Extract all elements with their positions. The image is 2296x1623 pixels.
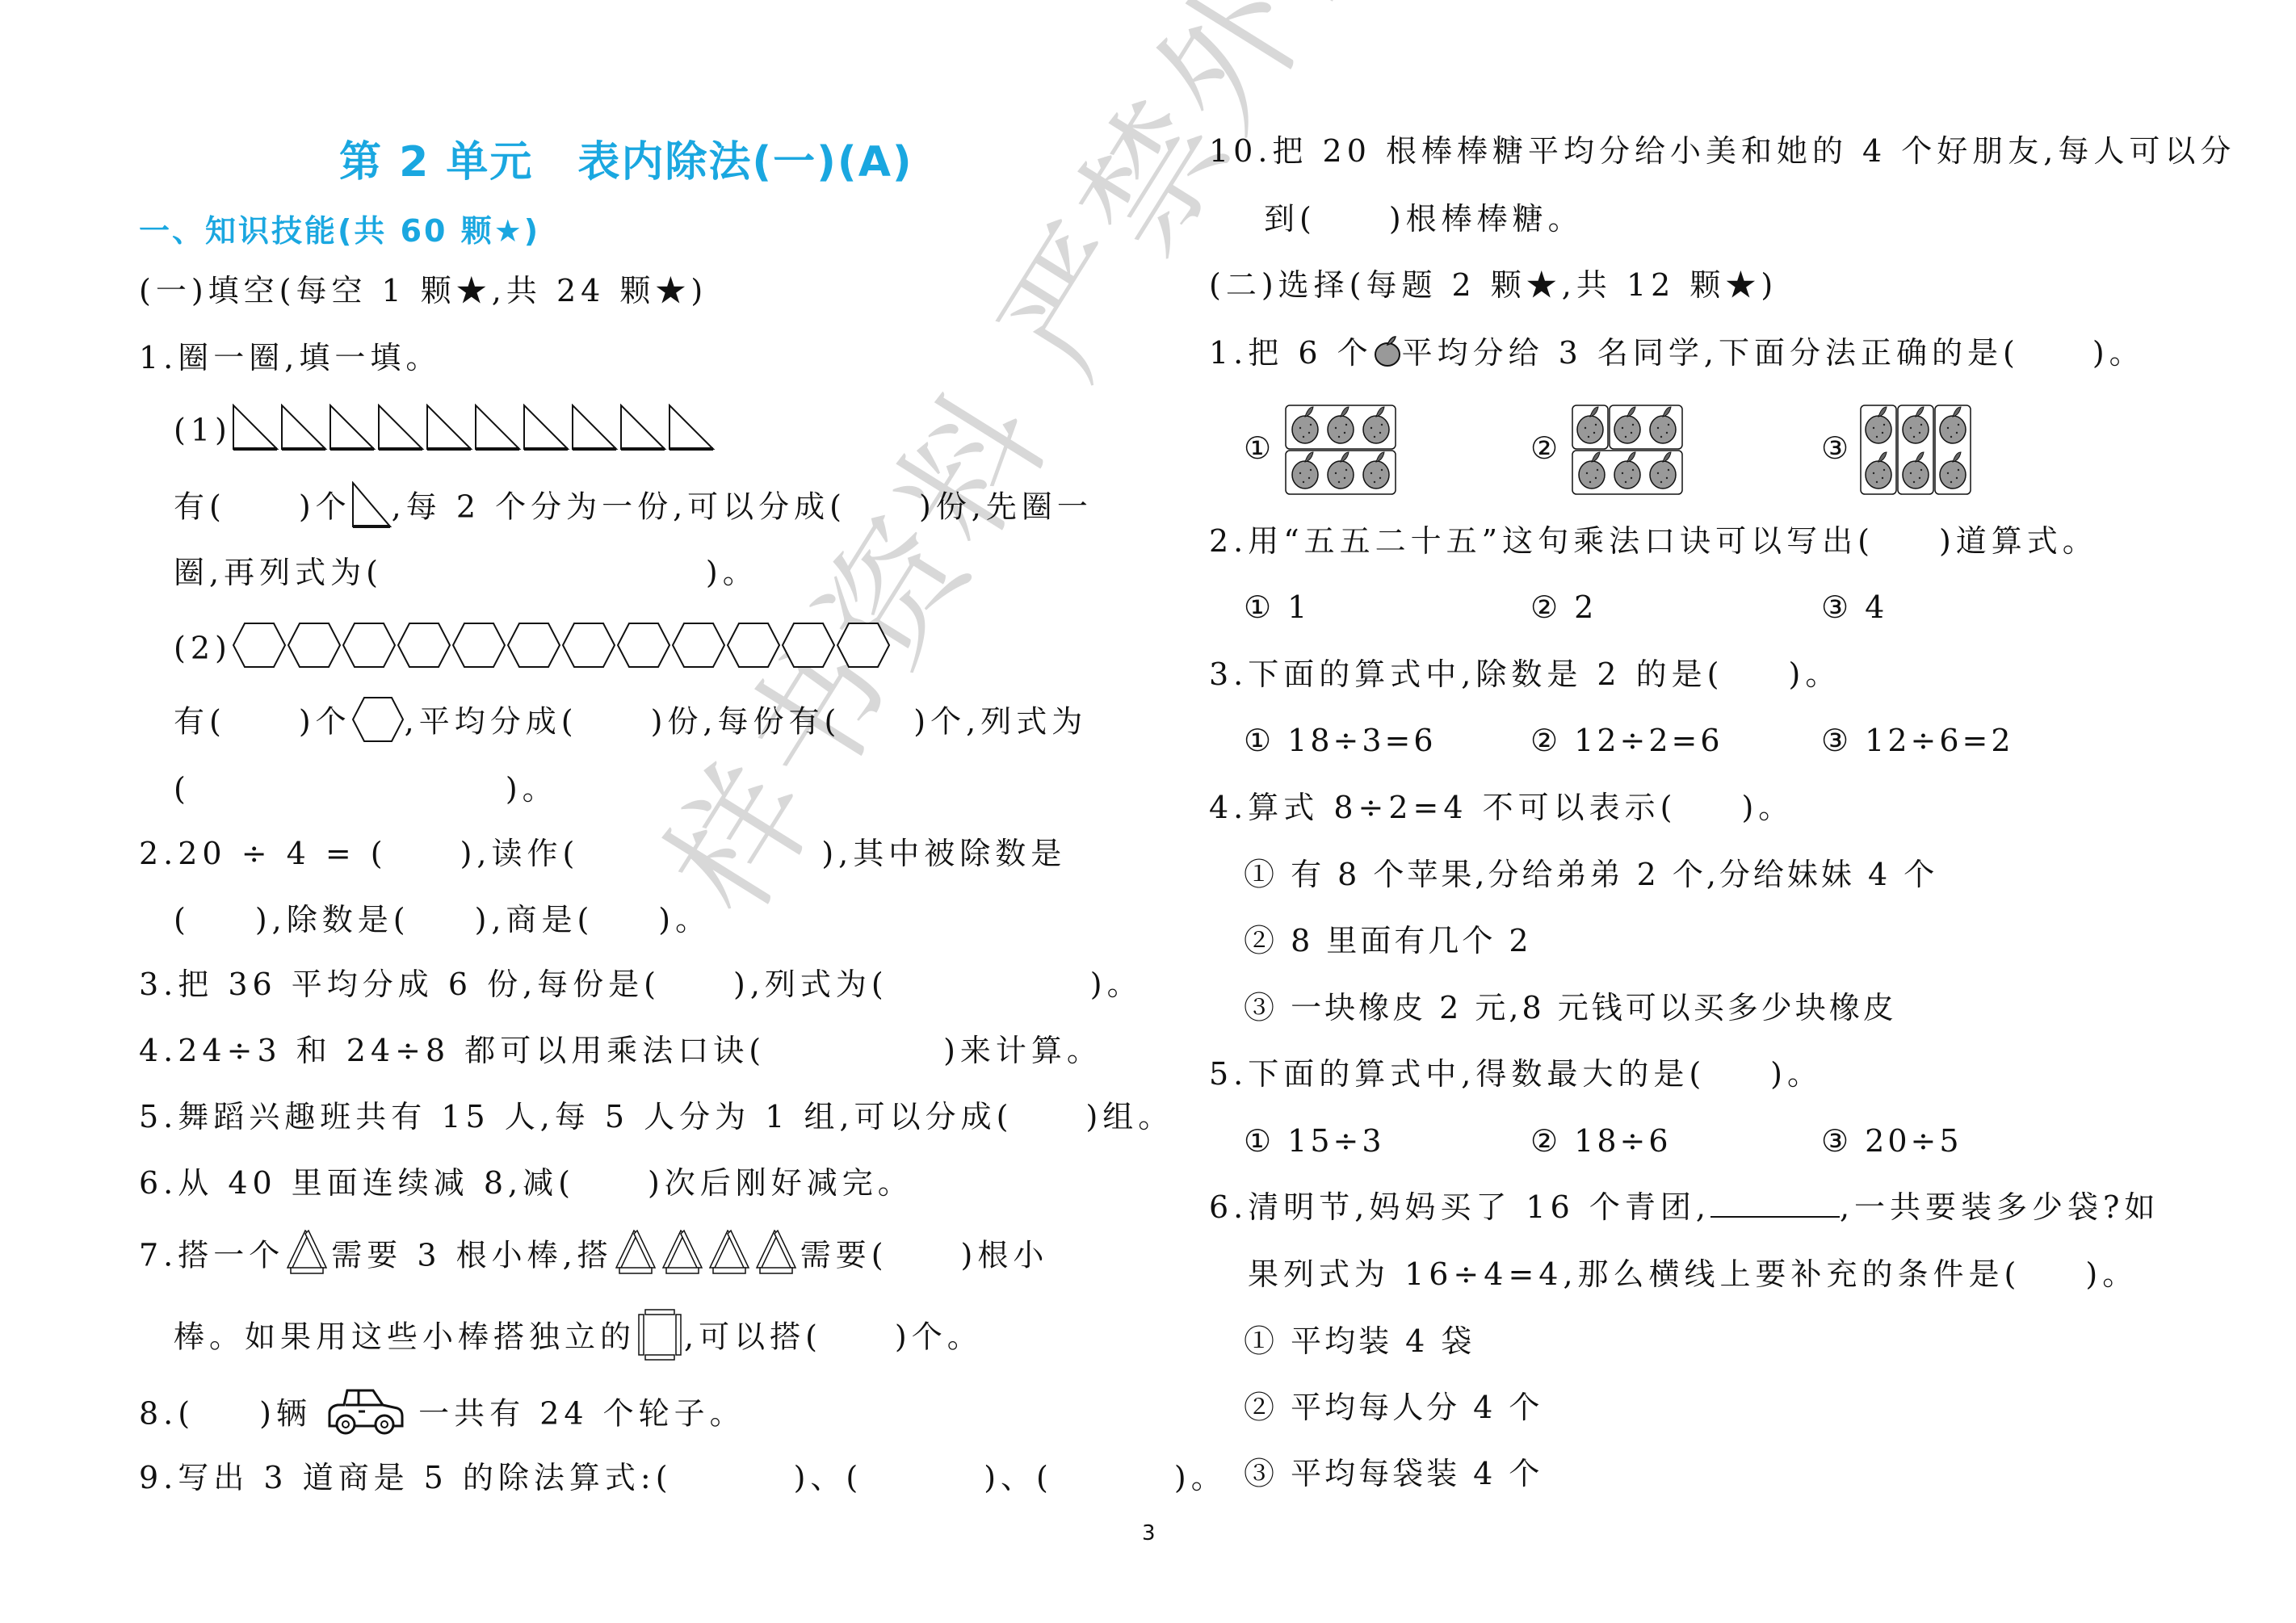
q10-line1: 10.把 20 根棒棒糖平均分给小美和她的 4 个好朋友,每人可以分 [1209, 131, 2235, 171]
q1-part2-line1: 有()个,平均分成()份,每份有()个,列式为 [174, 696, 1087, 753]
choice-q3-option-2[interactable]: ② 12÷2=6 [1530, 720, 1723, 761]
choice-q4-option-3[interactable]: ③ 一块橡皮 2 元,8 元钱可以买多少块橡皮 [1244, 988, 1897, 1028]
choice-q4-option-1[interactable]: ① 有 8 个苹果,分给弟弟 2 个,分给妹妹 4 个 [1244, 854, 1937, 895]
q9: 9.写出 3 道商是 5 的除法算式:()、()、()。 [139, 1457, 1227, 1498]
q1-part2-line2: ()。 [174, 769, 558, 809]
q1-part2-label: (2) [174, 631, 232, 666]
choice-q2-stem: 2.用“五五二十五”这句乘法口诀可以写出()道算式。 [1209, 521, 2098, 561]
car-icon [326, 1387, 404, 1445]
q1-prompt: 1.圈一圈,填一填。 [139, 338, 441, 378]
choice-q5-option-2[interactable]: ② 18÷6 [1530, 1121, 1672, 1161]
choice-q6-line1: 6.清明节,妈妈买了 16 个青团,,一共要装多少袋?如 [1209, 1187, 2160, 1227]
stick-triangle-row [613, 1229, 800, 1287]
choice-q3-option-1[interactable]: ① 18÷3=6 [1244, 720, 1437, 761]
q1-part2-row: (2) [174, 622, 891, 680]
section-heading: 一、知识技能(共 60 颗★) [139, 206, 540, 250]
choice-q2-option-3[interactable]: ③ 4 [1821, 587, 1887, 627]
choice-q2-option-2[interactable]: ② 2 [1530, 587, 1597, 627]
hexagon-row [232, 622, 891, 680]
choice-q6-option-1[interactable]: ① 平均装 4 袋 [1244, 1321, 1475, 1361]
q1-part1-line1: 有()个,每 2 个分为一份,可以分成()份,先圈一 [174, 481, 1093, 538]
choice-q1-option-3[interactable]: ③ [1821, 428, 1852, 468]
title-unit: 第 2 单元 [339, 138, 533, 187]
stick-triangle-icon [284, 1229, 331, 1287]
choice-q4-stem: 4.算式 8÷2=4 不可以表示()。 [1209, 787, 1794, 828]
choice-q6-option-2[interactable]: ② 平均每人分 4 个 [1244, 1387, 1543, 1428]
q2-line1: 2.20 ÷ 4 = (),读作(),其中被除数是 [139, 833, 1066, 874]
choice-heading: (二)选择(每题 2 颗★,共 12 颗★) [1209, 265, 1778, 305]
q7-line2: 棒。如果用这些小棒搭独立的,可以搭()个。 [174, 1308, 983, 1371]
q1-part1-label: (1) [174, 413, 232, 448]
choice-q3-option-3[interactable]: ③ 12÷6=2 [1821, 720, 2014, 761]
q8: 8.()辆 一共有 24 个轮子。 [139, 1387, 745, 1445]
title-topic: 表内除法(一)(A) [577, 138, 913, 187]
q7-line1: 7.搭一个 需要 3 根小棒,搭 需要()根小 [139, 1229, 1048, 1287]
q4: 4.24÷3 和 24÷8 都可以用乘法口诀()来计算。 [139, 1030, 1102, 1071]
q3: 3.把 36 平均分成 6 份,每份是(),列式为()。 [139, 964, 1143, 1004]
choice-q5-option-1[interactable]: ① 15÷3 [1244, 1121, 1385, 1161]
choice-q5-option-3[interactable]: ③ 20÷5 [1821, 1121, 1962, 1161]
fill-blank-heading: (一)填空(每空 1 颗★,共 24 颗★) [139, 270, 707, 311]
choice-q5-stem: 5.下面的算式中,得数最大的是()。 [1209, 1054, 1823, 1094]
fruit-grouping-option-1 [1284, 404, 1397, 501]
right-triangle-row [232, 404, 716, 462]
page-number: 3 [1142, 1521, 1156, 1545]
hexagon-icon [351, 696, 405, 753]
q1-part1-line2: 圈,再列式为()。 [174, 552, 758, 593]
right-triangle-icon [351, 481, 392, 538]
choice-q2-option-1[interactable]: ① 1 [1244, 587, 1310, 627]
fruit-grouping-option-3 [1859, 404, 1972, 501]
fruit-icon [1373, 335, 1402, 377]
choice-q3-stem: 3.下面的算式中,除数是 2 的是()。 [1209, 654, 1841, 694]
choice-q1-option-1[interactable]: ① [1244, 428, 1274, 468]
answer-underline-blank[interactable] [1710, 1189, 1840, 1218]
choice-q4-option-2[interactable]: ② 8 里面有几个 2 [1244, 921, 1532, 961]
q1-part1-row: (1) [174, 404, 716, 462]
fruit-grouping-option-2 [1571, 404, 1684, 501]
stick-square-icon [636, 1308, 684, 1371]
q6: 6.从 40 里面连续减 8,减()次后刚好减完。 [139, 1163, 913, 1203]
page-title: 第 2 单元表内除法(一)(A) [339, 128, 913, 188]
choice-q1-stem: 1.把 6 个平均分给 3 名同学,下面分法正确的是()。 [1209, 333, 2145, 377]
choice-q6-line2: 果列式为 16÷4=4,那么横线上要补充的条件是()。 [1248, 1254, 2138, 1294]
choice-q6-option-3[interactable]: ③ 平均每袋装 4 个 [1244, 1453, 1543, 1494]
choice-q1-option-2[interactable]: ② [1530, 428, 1561, 468]
q2-line2: (),除数是(),商是()。 [174, 900, 711, 940]
q5: 5.舞蹈兴趣班共有 15 人,每 5 人分为 1 组,可以分成()组。 [139, 1097, 1173, 1137]
q10-line2: 到()根棒棒糖。 [1264, 199, 1584, 239]
